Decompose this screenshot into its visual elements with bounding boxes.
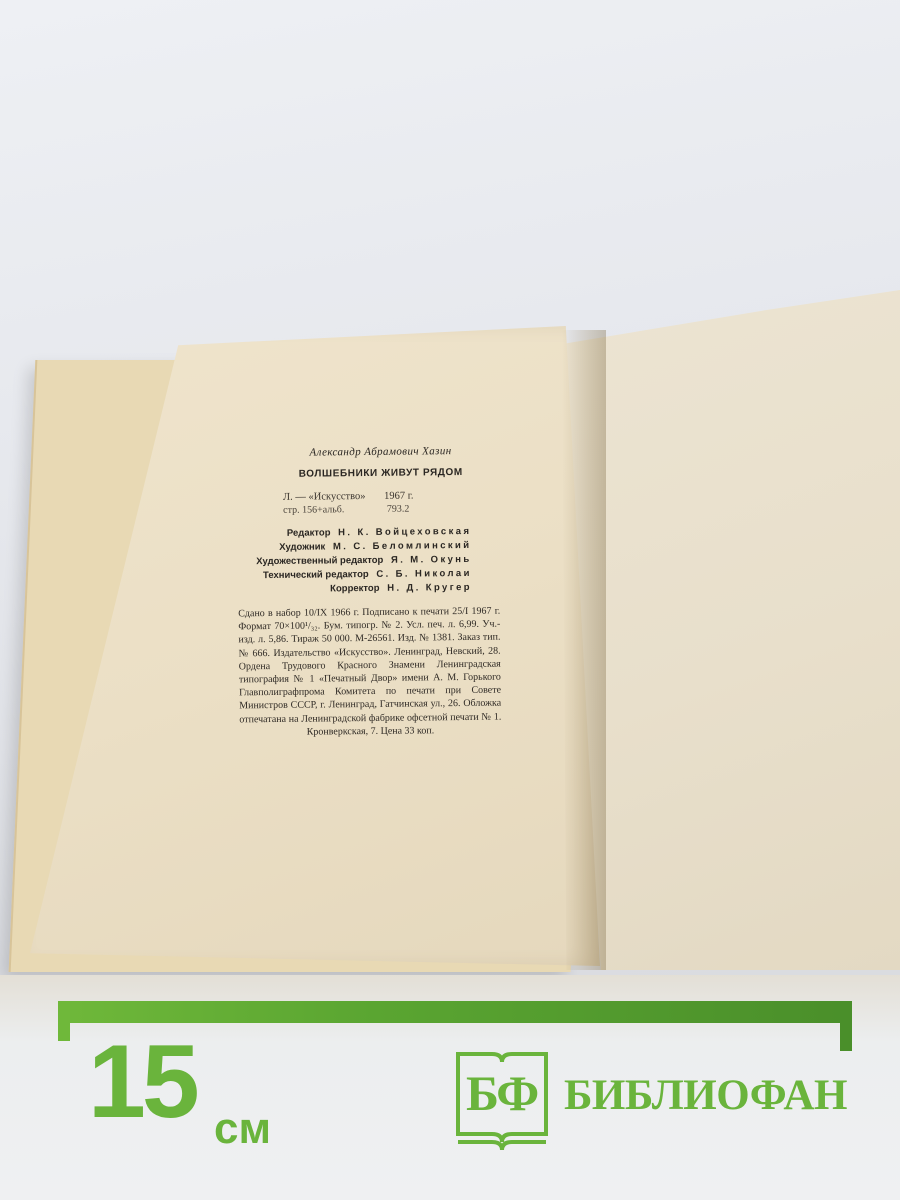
ruler-tick-right	[840, 1001, 852, 1051]
size-unit: см	[214, 1107, 271, 1151]
imprint-paragraph: Сдано в набор 10/IX 1966 г. Подписано к …	[238, 605, 501, 740]
pages-line: стр. 156+альб. 793.2	[283, 503, 501, 516]
credits-list: Редактор Н. К. Войцеховская Художник М. …	[231, 526, 502, 596]
credit-technical-editor: Технический редактор С. Б. Николаи	[232, 568, 472, 582]
credit-name: Н. К. Войцеховская	[338, 526, 471, 538]
brand-name: БИБЛИОФАН	[564, 1074, 847, 1117]
colophon-text-block: Александр Абрамович Хазин ВОЛШЕБНИКИ ЖИВ…	[230, 445, 503, 740]
credit-name: Я. М. Окунь	[391, 554, 472, 566]
publisher: Л. — «Искусство»	[283, 491, 366, 503]
book-author: Александр Абрамович Хазин	[260, 445, 500, 460]
credit-role: Корректор	[330, 583, 380, 595]
credit-role: Художественный редактор	[256, 555, 383, 567]
credit-role: Художник	[279, 541, 325, 552]
credit-role: Технический редактор	[263, 569, 369, 581]
book-gutter	[562, 330, 606, 970]
publication-year: 1967 г.	[384, 491, 413, 502]
size-number: 15	[88, 1030, 196, 1134]
credit-role: Редактор	[287, 527, 331, 538]
credit-proofreader: Корректор Н. Д. Кругер	[232, 582, 472, 596]
ruler-tick-left	[58, 1001, 70, 1041]
book-title: ВОЛШЕБНИКИ ЖИВУТ РЯДОМ	[261, 467, 501, 481]
ruler-bar	[58, 1001, 852, 1023]
credit-name: М. С. Беломлинский	[333, 540, 472, 552]
photo-scene: Александр Абрамович Хазин ВОЛШЕБНИКИ ЖИВ…	[0, 0, 900, 1200]
classification-code: 793.2	[387, 504, 410, 515]
logo-letters: БФ	[466, 1068, 537, 1118]
credit-name: С. Б. Николаи	[376, 568, 472, 580]
credit-editor: Редактор Н. К. Войцеховская	[231, 526, 471, 540]
publisher-line: Л. — «Искусство» 1967 г.	[283, 490, 501, 503]
credit-name: Н. Д. Кругер	[387, 582, 472, 594]
book-right-page-blank	[560, 290, 900, 970]
credit-artist: Художник М. С. Беломлинский	[231, 540, 471, 554]
credit-art-editor: Художественный редактор Я. М. Окунь	[232, 554, 472, 568]
page-count: стр. 156+альб.	[283, 504, 344, 516]
